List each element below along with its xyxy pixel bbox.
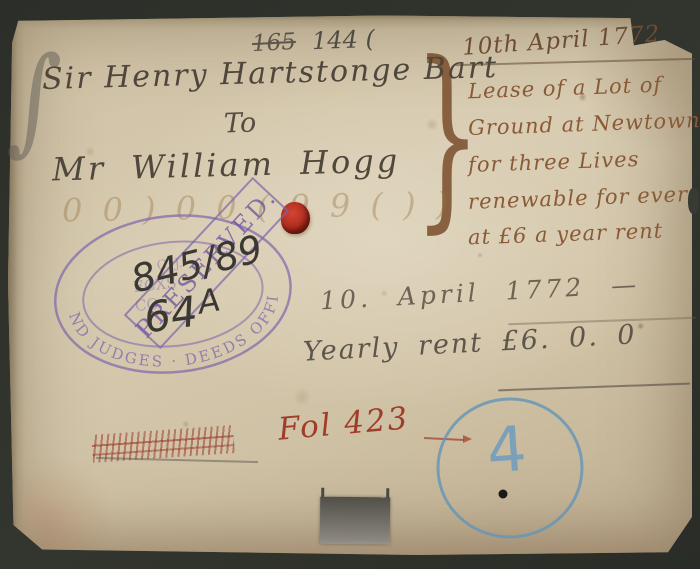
graphite-redaction-box (320, 497, 390, 545)
reference-number: 144 ( (312, 25, 376, 55)
ink-dot (499, 490, 508, 499)
circled-number: 4 (484, 412, 528, 488)
old-reference-number-crossed: 165 (251, 29, 296, 57)
blue-crayon-circle: 4 (432, 395, 587, 545)
archival-photo: 165 144 ( ∫ } 10th April 1772 Lease of a… (0, 0, 700, 569)
party-connector: To (223, 107, 256, 139)
pencil-flourish: ∫ (6, 40, 64, 162)
pencil-reference-number: 64 (141, 287, 201, 343)
edge-nick (688, 188, 699, 214)
